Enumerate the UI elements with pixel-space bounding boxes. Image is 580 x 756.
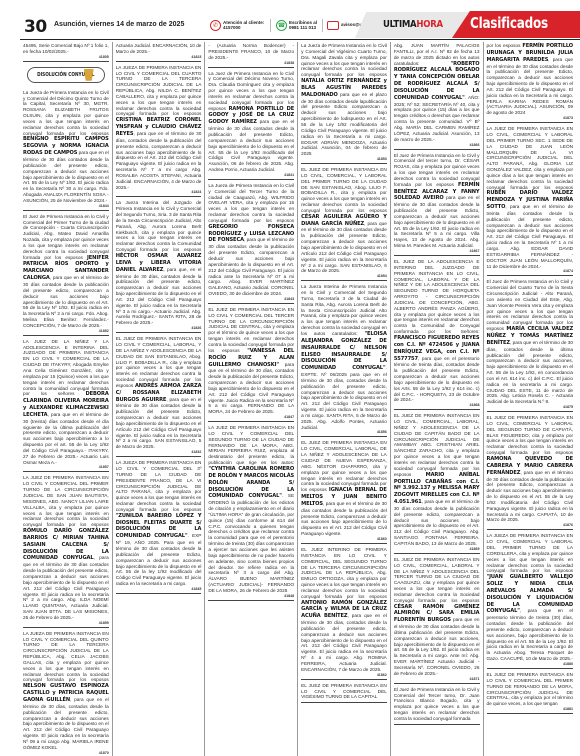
legal-notice: LA JUEZA DE PRIMERA INSTANCIA EN LO CIVI… (487, 532, 574, 669)
notice-text: , para que en el perentorio término de t… (394, 356, 480, 403)
notice-text: La Juez de Primera Instancia en lo Civil… (208, 71, 294, 111)
notice-text: . EXPTE. Nº 06/2025 para que en el térmi… (301, 365, 387, 429)
legal-notice: EL JUEZ DE PRIMERA INSTANCIA EN LO CIVIL… (487, 414, 574, 530)
notice-text: para que en el término de 30 días contad… (23, 150, 109, 203)
logo-prefix: ULTIMA (383, 19, 416, 30)
notice-text: LA JUEZ DE PRIMERA INSTANCIA EN LO CIVIL… (23, 475, 109, 527)
dateline: Asunción, viernes 14 de marzo de 2025 (54, 21, 184, 28)
notice-code: 41876 (487, 523, 574, 527)
notice-text: EL JUEZ DE PRIMERA INSTANCIA EN LO CIVIL… (116, 336, 202, 388)
legal-notice: EL JUEZ DE PRIMERA INSTANCIA EN LO CIVIL… (301, 682, 387, 704)
legal-notice: La Jueza de Primera Instancia en lo Civi… (23, 89, 109, 211)
notice-text: . EXP Nº 19, AÑO 2025. Para que en el té… (116, 533, 202, 586)
legal-notice: por los esposos FERMÍN PORTILLO URUNAGA … (487, 42, 574, 123)
notice-text: EL JUEZ DE PRIMERA INSTANCIA EN LO CIVIL… (394, 557, 480, 603)
notice-text: EL JUEZ DE PRIMERA INSTANCIA EN LO CIVIL… (301, 440, 387, 492)
notice-code: 41805 (23, 55, 109, 59)
notice-code: 41848 (208, 594, 294, 598)
notice-code: 41880 (487, 662, 574, 666)
legal-notice: LA JUEZA DE PRIMERA INSTANCIA EN LO CIVI… (116, 64, 202, 198)
notice-text: , para que en el término de 30 días cont… (487, 470, 574, 523)
notice-code: 41832 (116, 450, 202, 454)
notice-text: , para que en el término de treinta días… (487, 204, 574, 268)
legal-notice: El Juez de Primera Instancia en lo Civil… (487, 278, 574, 412)
notice-text: , para que en el término de 30 (treinta)… (23, 412, 109, 465)
legal-notice: LA JUEZ DE LA NIÑEZ Y LA ADOLESCENCIA E … (23, 338, 109, 473)
notice-text: , para que en el término de 30 días, con… (487, 340, 574, 404)
legal-notice: EL JUEZ DE PRIMERA INSTANCIA EN LO CIVIL… (394, 412, 480, 554)
section-badge: DISOLUCIÓN CONYUGAL (27, 67, 105, 83)
legal-notice: EL JUEZ DE PRIMERA INSTANCIA EN LO CIVIL… (301, 439, 387, 544)
notice-code: 41881 (487, 707, 574, 711)
legal-notice: LA JUEZ DE PRIMERA INSTANCIA EN LO CIVIL… (208, 424, 294, 601)
section-title: Clasificados (470, 14, 548, 32)
legal-notice: EL JUEZ DE PRIMERA INSTANCIA EN LO CIVIL… (116, 335, 202, 457)
notice-text: - (Actuaria Norma Bodencer) - PRESIDENTE… (208, 43, 294, 60)
notice-text: EL JUEZ INTERINO DE PRIMERA INSTANCIA EN… (301, 547, 387, 599)
notice-text: para que en el plazo de 30 días contados… (301, 92, 387, 156)
legal-notice: La Jueza de Primera Instancia en lo Civi… (208, 182, 294, 304)
notice-text: , para que, en el término de 30 días, co… (116, 267, 202, 326)
legal-notice: EL JUEZ DE PRIMERA INSTANCIA EN LO CIVIL… (487, 671, 574, 714)
notice-text: para que en el término de 30 días contad… (394, 617, 480, 676)
notice-code: 41852 (23, 329, 109, 333)
whatsapp-icon: ☎ (276, 20, 287, 31)
legal-notice: EL JUEZ INTERINO DE PRIMERA INSTANCIA EN… (301, 546, 387, 680)
notice-text: , para que en el término de 30 días, con… (301, 613, 387, 672)
legal-notice: - (Actuaria Norma Bodencer) - PRESIDENTE… (208, 42, 294, 68)
notice-parties: "ELOISA ALEJANDRA GONZÁLEZ DE INSAURRALD… (301, 331, 387, 371)
notice-text: La Jueza de Primera Instancia en lo Civi… (208, 183, 294, 223)
notice-code: 41854 (301, 274, 387, 278)
broken-glass-icon (84, 69, 94, 81)
notice-code: 41824 (116, 190, 202, 194)
legal-notice: EL JUEZ DE PRIMERA INSTANCIA EN LO CIVIL… (301, 166, 387, 281)
notice-code: 41845 (116, 587, 202, 591)
notice-text: para que en el término de 30 días contad… (394, 195, 480, 248)
column-6: por los esposos FERMÍN PORTILLO URUNAGA … (484, 42, 577, 756)
column-1: 45495, Serie Comercial Bajo Nº 1 folio 1… (20, 42, 113, 756)
notice-text: La Jueza Interina del Juzgado de Primera… (116, 200, 202, 252)
notice-text: EL JUEZ DE PRIMERA INSTANCIA EN LO CIVIL… (208, 307, 294, 353)
legal-notice: LA JUEZ DE PRIMERA INSTANCIA EN LO CIVIL… (23, 474, 109, 627)
notice-text: El Juez de Primera Instancia en lo Civil… (394, 687, 480, 721)
notice-text: LA JUEZ DE PRIMERA INSTANCIA EN LO CIVIL… (487, 126, 574, 189)
notice-code: 41857 (23, 465, 109, 469)
divider (322, 19, 323, 32)
legal-notice: Actuaria Judicial. ENCARNACIÓN, 10 de Ma… (116, 42, 202, 62)
notice-text: El Juez de Primera Instancia en lo Civil… (23, 214, 109, 260)
notice-text: La Jueza de Primera Instancia en lo Civi… (301, 43, 387, 77)
legal-notice: LA JUEZA DE PRIMERA INSTANCIA EN LO CIVI… (23, 630, 109, 756)
notice-text: . SE ORDENÓ la publicación de los edicto… (208, 493, 294, 593)
notice-text: , para que en el perentorio término de t… (487, 608, 574, 661)
notice-text: , para que en el término de 30 días, con… (23, 697, 109, 750)
newspaper-logo: ULTIMAHORA (383, 19, 443, 30)
contact-value: 4157000 (223, 25, 241, 30)
notice-text: EL JUEZ DE PRIMERA INSTANCIA EN LO CIVIL… (487, 415, 574, 455)
notice-text: EL JUEZ DE LA ADOLESCENCIA E INTERINO DE… (394, 259, 480, 334)
notice-text: , para que en el término de 30 días cont… (301, 221, 387, 274)
legal-notice: Abg. JUAN MARTÍN PALACIOS FANTILLI, por … (394, 42, 480, 150)
notice-text: , para que en el término de 30 días cont… (394, 499, 480, 546)
notice-code: 41860 (301, 537, 387, 541)
mail-icon (327, 21, 339, 30)
notice-code: 41874 (487, 269, 574, 273)
legal-notice: El Juez de Primera Instancia en lo Civil… (394, 686, 480, 725)
notice-text: , para que en el término de 30 días cont… (23, 555, 109, 619)
notice-text: Actuaria Judicial. ENCARNACIÓN, 10 de Ma… (116, 43, 202, 54)
contact-value: 0981 111 013 (289, 25, 316, 30)
notice-code: 41873 (487, 116, 574, 120)
notice-code: 41868 (394, 403, 480, 407)
notice-text: , para que en el término de 30 días cont… (487, 57, 574, 116)
notice-code: 41862 (301, 673, 387, 677)
notice-text: LA JUEZA DE PRIMERA INSTANCIA EN LO CIVI… (116, 460, 202, 512)
notice-code: 41867 (394, 249, 480, 253)
column-3: - (Actuaria Norma Bodencer) - PRESIDENTE… (205, 42, 298, 756)
notice-code: 41869 (394, 547, 480, 551)
notice-text: EL JUEZ DE PRIMERA INSTANCIA EN LO CIVIL… (394, 413, 480, 476)
page-header: 30 Asunción, viernes 14 de marzo de 2025… (0, 0, 580, 36)
notice-text: , para que en el término de 30 días cont… (23, 275, 109, 328)
legal-notice: LA JUEZA DE PRIMERA INSTANCIA EN LO CIVI… (116, 459, 202, 594)
notice-text: LA JUEZA DE PRIMERA INSTANCIA EN LO CIVI… (487, 533, 574, 573)
notice-text: LA JUEZA DE PRIMERA INSTANCIA EN LO CIVI… (116, 65, 202, 117)
legal-notice: 45495, Serie Comercial Bajo Nº 1 folio 1… (23, 42, 109, 62)
notice-text: , para que en el término de 30 días, con… (116, 131, 202, 190)
notice-code: 41871 (394, 677, 480, 681)
notice-text: para que en el término de 30 días, conta… (208, 362, 294, 415)
customer-service-contact[interactable]: ✆ Atención al cliente:4157000 (210, 16, 264, 34)
notice-text: EL JUEZ DE PRIMERA INSTANCIA EN LO CIVIL… (301, 683, 387, 700)
legal-notice: EL JUEZ DE PRIMERA INSTANCIA EN LO CIVIL… (208, 306, 294, 422)
legal-notice: EL JUEZ DE LA ADOLESCENCIA E INTERINO DE… (394, 258, 480, 410)
notice-code: 41823 (116, 55, 202, 59)
notice-text: LA JUEZ DE LA NIÑEZ Y LA ADOLESCENCIA E … (23, 339, 109, 397)
legal-notice: EL JUEZ DE PRIMERA INSTANCIA EN LO CIVIL… (394, 556, 480, 684)
legal-notice: La Jueza Interina de Primera Instancia e… (301, 283, 387, 437)
notice-text: para que en el término de 30 días contad… (208, 119, 294, 172)
contact-label: Atención al cliente: (223, 20, 264, 25)
notice-code: 41875 (487, 405, 574, 409)
column-2: Actuaria Judicial. ENCARNACIÓN, 10 de Ma… (113, 42, 206, 756)
legal-notice: La Juez de Primera Instancia en lo Civil… (208, 70, 294, 180)
column-4: La Jueza de Primera Instancia en lo Civi… (298, 42, 391, 756)
notice-text: La Jueza Interina de Primera Instancia e… (301, 284, 387, 336)
notice-text: por los esposos (487, 43, 523, 48)
notice-text: La Jueza de Primera Instancia en lo Civi… (23, 90, 109, 136)
legal-notice: LA JUEZ DE PRIMERA INSTANCIA EN LO CIVIL… (487, 125, 574, 276)
notice-code: 41844 (23, 204, 109, 208)
notice-text: LA JUEZA DE PRIMERA INSTANCIA EN LO CIVI… (23, 631, 109, 683)
notice-text: LA JUEZ DE PRIMERA INSTANCIA EN LO CIVIL… (208, 425, 294, 465)
legal-notice: La Jueza Interina del Juzgado de Primera… (116, 199, 202, 333)
notice-code: 41859 (23, 621, 109, 625)
notice-code: 41853 (301, 157, 387, 161)
notice-code: 41826 (116, 326, 202, 330)
logo-suffix: HORA (416, 19, 442, 30)
notice-code: 41866 (394, 143, 480, 147)
legal-notice: El Juez de Primera Instancia en lo Civil… (23, 213, 109, 336)
legal-notice: El Juez de Primera Instancia en lo Civil… (394, 152, 480, 257)
phone-icon: ✆ (210, 20, 221, 31)
column-5: Abg. JUAN MARTÍN PALACIOS FANTILLI, por … (391, 42, 484, 756)
whatsapp-contact[interactable]: ☎ Escribinos al0981 111 013 (276, 16, 317, 34)
divider (270, 19, 271, 32)
page-number: 30 (24, 17, 47, 37)
header-rule (20, 39, 580, 40)
contact-label: Escribinos al (289, 20, 317, 25)
notice-text: EL JUEZ DE PRIMERA INSTANCIA EN LO CIVIL… (301, 167, 387, 213)
notice-code: 41843 (208, 297, 294, 301)
notice-code: 41841 (208, 173, 294, 177)
notice-text: . AÑO: 2025; Nº 52; SECRETARÍA Nº 40, ci… (394, 95, 480, 142)
notice-code: 41847 (208, 415, 294, 419)
notice-code: 41870 (23, 751, 109, 755)
legal-notice: La Jueza de Primera Instancia en lo Civi… (301, 42, 387, 164)
notice-text: , para que en el término de 30 días cont… (116, 397, 202, 450)
notice-text: El Juez de Primera Instancia en lo Civil… (487, 279, 574, 331)
notice-text: , para que el término de 30 días contado… (208, 237, 294, 296)
notice-columns: 45495, Serie Comercial Bajo Nº 1 folio 1… (20, 42, 576, 756)
notice-text: 45495, Serie Comercial Bajo Nº 1 folio 1… (23, 43, 109, 54)
notice-code: 41856 (301, 430, 387, 434)
notice-text: EL JUEZ DE PRIMERA INSTANCIA EN LO CIVIL… (487, 672, 574, 706)
notice-code: 41838 (208, 61, 294, 65)
